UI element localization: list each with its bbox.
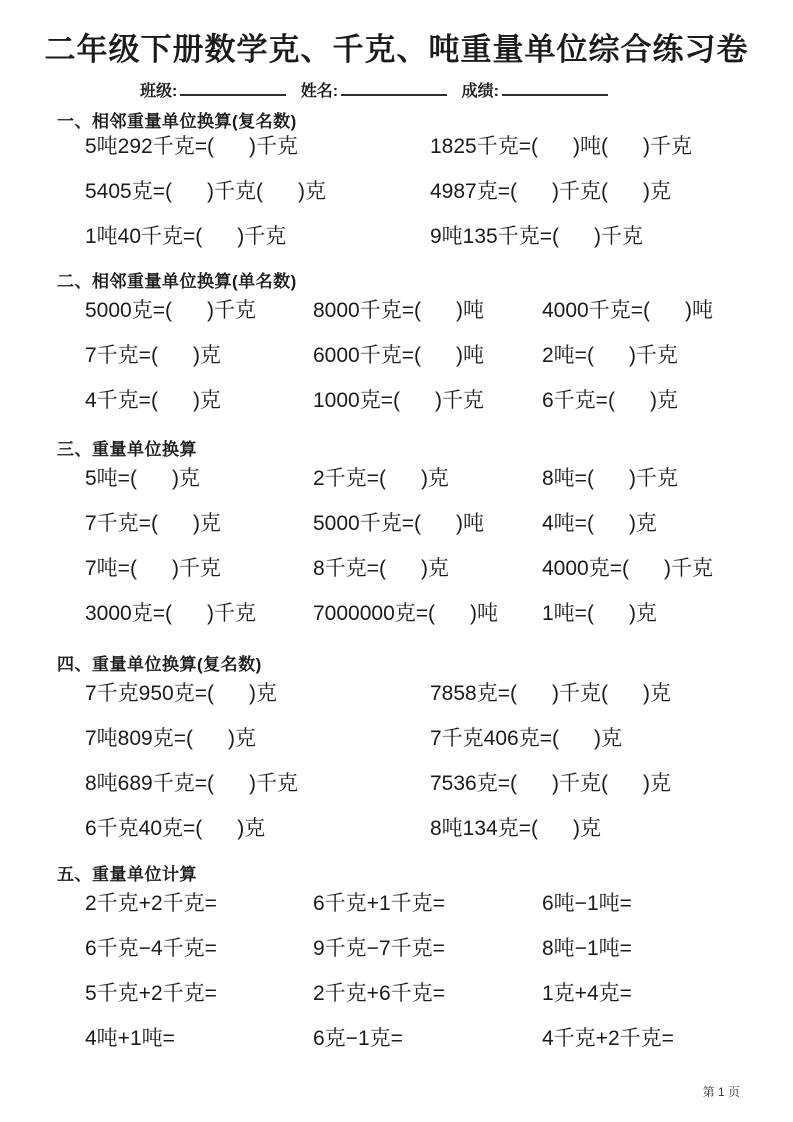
section-3-heading: 三、重量单位换算 — [57, 440, 793, 460]
worksheet-page: 二年级下册数学克、千克、吨重量单位综合练习卷 班级: 姓名: 成绩: 一、相邻重… — [0, 0, 793, 1122]
problem-item: 6千克−4千克= — [85, 937, 313, 982]
name-field-label: 姓名: — [301, 83, 338, 100]
class-field-label: 班级: — [140, 83, 177, 100]
class-blank-line — [180, 80, 286, 96]
problem-item: 1吨=( )克 — [542, 602, 793, 647]
score-blank-line — [502, 80, 608, 96]
name-blank-line — [341, 80, 447, 96]
header-fields-row: 班级: 姓名: 成绩: — [140, 80, 618, 102]
problem-item: 2千克+6千克= — [313, 982, 542, 1027]
problem-item: 7千克=( )克 — [85, 344, 313, 389]
problem-item: 5000千克=( )吨 — [313, 512, 542, 557]
section-4-heading: 四、重量单位换算(复名数) — [57, 655, 793, 675]
problem-item: 4000千克=( )吨 — [542, 299, 793, 344]
problem-item: 6吨−1吨= — [542, 892, 793, 937]
problem-item: 8000千克=( )吨 — [313, 299, 542, 344]
section-1-heading: 一、相邻重量单位换算(复名数) — [57, 112, 793, 132]
problem-item: 5405克=( )千克( )克 — [85, 180, 430, 225]
problem-item: 5吨292千克=( )千克 — [85, 135, 430, 180]
problem-item: 7千克=( )克 — [85, 512, 313, 557]
problem-item: 7千克950克=( )克 — [85, 682, 430, 727]
section-1-problems: 5吨292千克=( )千克 1825千克=( )吨( )千克 5405克=( )… — [85, 132, 793, 270]
page-number: 第 1 页 — [0, 1083, 740, 1100]
problem-item: 9吨135千克=( )千克 — [430, 225, 793, 270]
problem-item: 2吨=( )千克 — [542, 344, 793, 389]
problem-item: 7858克=( )千克( )克 — [430, 682, 793, 727]
problem-item: 1克+4克= — [542, 982, 793, 1027]
problem-item: 5吨=( )克 — [85, 467, 313, 512]
problem-item: 8吨689千克=( )千克 — [85, 772, 430, 817]
section-1: 一、相邻重量单位换算(复名数) 5吨292千克=( )千克 1825千克=( )… — [0, 112, 793, 270]
problem-item: 8吨=( )千克 — [542, 467, 793, 512]
problem-item: 6千克=( )克 — [542, 389, 793, 434]
problem-item: 2千克=( )克 — [313, 467, 542, 512]
section-2: 二、相邻重量单位换算(单名数) 5000克=( )千克 8000千克=( )吨 … — [0, 272, 793, 434]
problem-item: 4987克=( )千克( )克 — [430, 180, 793, 225]
class-field: 班级: — [140, 83, 286, 100]
score-field: 成绩: — [462, 83, 608, 100]
section-5-problems: 2千克+2千克= 6千克+1千克= 6吨−1吨= 6千克−4千克= 9千克−7千… — [85, 885, 793, 1072]
section-2-heading: 二、相邻重量单位换算(单名数) — [57, 272, 793, 292]
problem-item: 3000克=( )千克 — [85, 602, 313, 647]
problem-item: 2千克+2千克= — [85, 892, 313, 937]
problem-item: 8千克=( )克 — [313, 557, 542, 602]
section-4: 四、重量单位换算(复名数) 7千克950克=( )克 7858克=( )千克( … — [0, 655, 793, 862]
section-3-problems: 5吨=( )克 2千克=( )克 8吨=( )千克 7千克=( )克 5000千… — [85, 460, 793, 647]
problem-item: 5千克+2千克= — [85, 982, 313, 1027]
problem-item: 1825千克=( )吨( )千克 — [430, 135, 793, 180]
problem-item: 6千克40克=( )克 — [85, 817, 430, 862]
problem-item: 7吨=( )千克 — [85, 557, 313, 602]
problem-item: 4千克+2千克= — [542, 1027, 793, 1072]
problem-item: 7千克406克=( )克 — [430, 727, 793, 772]
problem-item: 6000千克=( )吨 — [313, 344, 542, 389]
page-title: 二年级下册数学克、千克、吨重量单位综合练习卷 — [0, 24, 793, 69]
problem-item: 4千克=( )克 — [85, 389, 313, 434]
problem-item: 1000克=( )千克 — [313, 389, 542, 434]
problem-item: 4吨=( )克 — [542, 512, 793, 557]
section-2-problems: 5000克=( )千克 8000千克=( )吨 4000千克=( )吨 7千克=… — [85, 292, 793, 434]
problem-item: 6克−1克= — [313, 1027, 542, 1072]
section-5: 五、重量单位计算 2千克+2千克= 6千克+1千克= 6吨−1吨= 6千克−4千… — [0, 865, 793, 1072]
problem-item: 7000000克=( )吨 — [313, 602, 542, 647]
section-3: 三、重量单位换算 5吨=( )克 2千克=( )克 8吨=( )千克 7千克=(… — [0, 440, 793, 647]
problem-item: 7吨809克=( )克 — [85, 727, 430, 772]
problem-item: 4000克=( )千克 — [542, 557, 793, 602]
problem-item: 9千克−7千克= — [313, 937, 542, 982]
score-field-label: 成绩: — [462, 83, 499, 100]
problem-item: 4吨+1吨= — [85, 1027, 313, 1072]
problem-item: 8吨−1吨= — [542, 937, 793, 982]
section-4-problems: 7千克950克=( )克 7858克=( )千克( )克 7吨809克=( )克… — [85, 675, 793, 862]
problem-item: 1吨40千克=( )千克 — [85, 225, 430, 270]
problem-item: 8吨134克=( )克 — [430, 817, 793, 862]
section-5-heading: 五、重量单位计算 — [57, 865, 793, 885]
problem-item: 6千克+1千克= — [313, 892, 542, 937]
problem-item: 7536克=( )千克( )克 — [430, 772, 793, 817]
problem-item: 5000克=( )千克 — [85, 299, 313, 344]
name-field: 姓名: — [301, 83, 447, 100]
